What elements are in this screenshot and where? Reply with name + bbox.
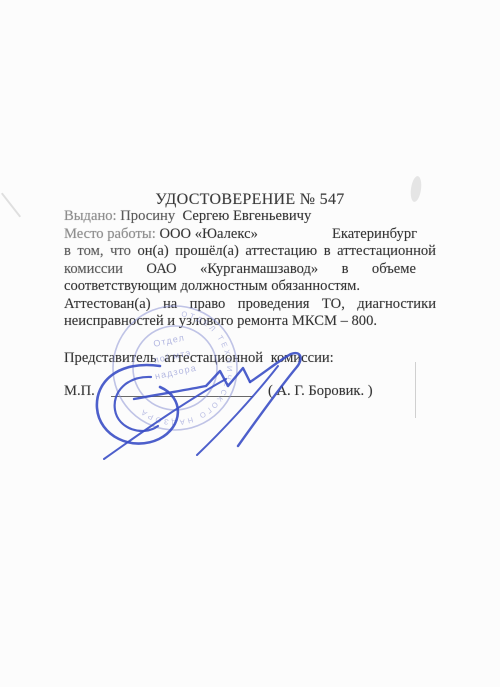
signature-line [111, 396, 253, 397]
text-segment: Просину [120, 208, 175, 224]
text-segment: он(а) прошёл(а) аттестацию в аттестацион… [137, 243, 436, 259]
text-segment: соответствующим должностным обязанностям… [64, 278, 360, 294]
text-segment: Представитель аттестационной комиссии: [64, 350, 334, 366]
document-line-v-tom: в том, что он(а) прошёл(а) аттестацию в … [64, 242, 436, 260]
signatory-name: ( А. Г. Боровик. ) [268, 382, 373, 400]
document-line-komissii: комиссии ОАО «Курганмашзавод» в объеме [64, 260, 416, 278]
text-segment: неисправностей и узлового ремонта МКСМ –… [64, 313, 377, 329]
text-segment: ООО «Юалекс» [159, 226, 257, 242]
document-line-sootvetstvuyushchim: соответствующим должностным обязанностям… [64, 277, 436, 295]
text-segment: комиссии [64, 261, 146, 277]
text-segment: ОАО «Курганмашзавод» в объеме [146, 261, 416, 277]
document-line-mesto-raboty: Место работы: ООО «Юалекс»Екатеринбург [64, 225, 436, 243]
signature-stroke [134, 368, 250, 399]
document-line-neispravnostey: неисправностей и узлового ремонта МКСМ –… [64, 312, 436, 330]
stamp-center-line-1: Отдел [152, 332, 185, 348]
mp-seal-label: М.П. [64, 382, 95, 400]
text-segment: Выдано: [64, 208, 120, 224]
signature-stroke [197, 366, 278, 455]
document-line-attestovan: Аттестован(а) на право проведения ТО, ди… [64, 295, 436, 313]
signature-stroke [115, 377, 158, 431]
document-line-predstavitel: Представитель аттестационной комиссии: [64, 349, 436, 367]
signature-stroke [97, 365, 178, 444]
scan-edge-artifact [1, 193, 21, 218]
stamp-inner-circle [133, 326, 217, 410]
scan-line-artifact [415, 362, 416, 418]
stamp-and-signature-layer: ОТДЕЛ ТЕХНИЧЕСКОГО НАДЗОРА Отдел по/ мтэ… [0, 0, 500, 687]
handwritten-signature [97, 353, 301, 459]
text-segment: Аттестован(а) на право проведения ТО, ди… [64, 296, 436, 312]
signature-stroke [104, 379, 226, 459]
city-label: Екатеринбург [332, 225, 417, 243]
text-segment: в том, что [64, 243, 137, 259]
document-line-vydano: Выдано: Просину Сергею Евгеньевичу [64, 207, 436, 225]
scanned-certificate-page: УДОСТОВЕРЕНИЕ № 547 Выдано: Просину Серг… [0, 0, 500, 687]
text-segment: Сергею Евгеньевичу [175, 208, 311, 224]
text-segment: Место работы: [64, 226, 159, 242]
